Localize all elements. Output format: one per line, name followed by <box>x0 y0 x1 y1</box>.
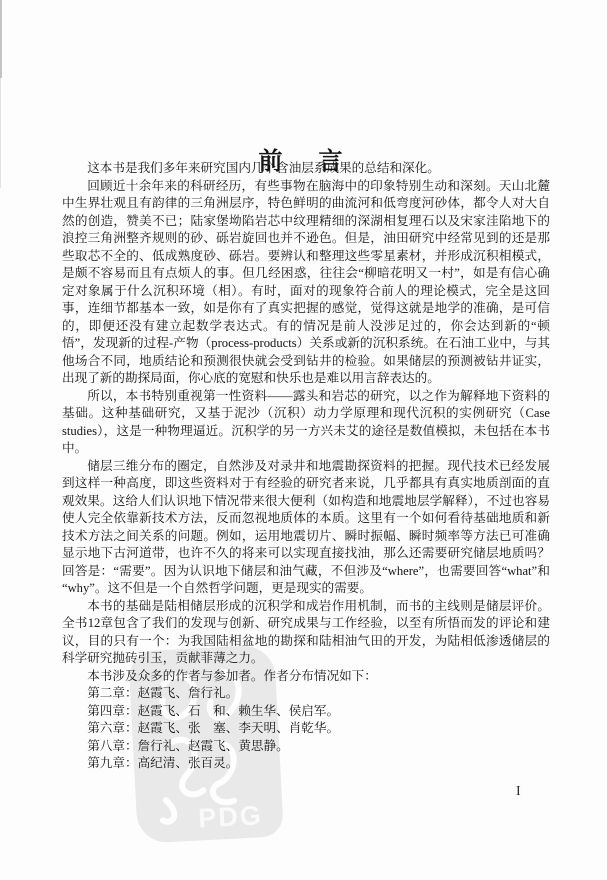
paragraph: 回顾近十余年来的科研经历，有些事物在脑海中的印象特别生动和深刻。天山北麓中生界壮… <box>62 178 550 388</box>
watermark-pdg-label: PDG <box>197 800 263 834</box>
paragraph: 本书涉及众多的作者与参加者。作者分布情况如下： <box>62 668 550 686</box>
scan-edge-artifact <box>0 0 2 78</box>
author-line: 第九章：高纪清、张百灵。 <box>62 755 550 773</box>
preface-body: 这本书是我们多年来研究国内几个含油层系成果的总结和深化。 回顾近十余年来的科研经… <box>62 160 550 773</box>
page-number: I <box>516 784 521 800</box>
book-page: PDG 前 言 这本书是我们多年来研究国内几个含油层系成果的总结和深化。 回顾近… <box>0 0 607 880</box>
author-line: 第六章：赵霞飞、张 塞、李天明、肖乾华。 <box>62 720 550 738</box>
paragraph: 本书的基础是陆相储层形成的沉积学和成岩作用机制，而书的主线则是储层评价。全书12… <box>62 598 550 668</box>
paragraph: 这本书是我们多年来研究国内几个含油层系成果的总结和深化。 <box>62 160 550 178</box>
author-line: 第二章：赵霞飞、詹行礼。 <box>62 685 550 703</box>
author-line: 第四章：赵霞飞、石 和、赖生华、侯启军。 <box>62 703 550 721</box>
paragraph: 所以，本书特别重视第一性资料——露头和岩芯的研究，以之作为解释地下资料的基础。这… <box>62 388 550 458</box>
author-line: 第八章：詹行礼、赵霞飞、黄思静。 <box>62 738 550 756</box>
paragraph: 储层三维分布的圈定，自然涉及对录井和地震勘探资料的把握。现代技术已经发展到这样一… <box>62 458 550 598</box>
author-list: 第二章：赵霞飞、詹行礼。 第四章：赵霞飞、石 和、赖生华、侯启军。 第六章：赵霞… <box>62 685 550 773</box>
